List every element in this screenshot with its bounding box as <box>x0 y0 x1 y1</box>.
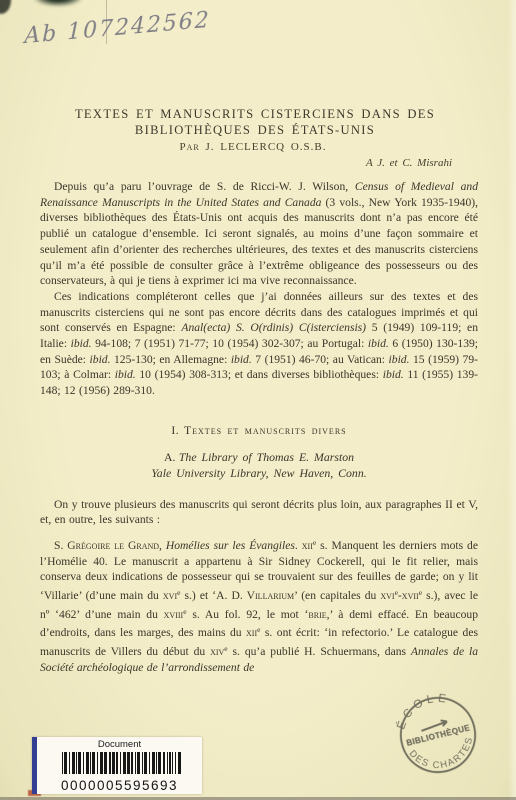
scan-top-smudge <box>34 0 82 6</box>
svg-text:ÉCOLE: ÉCOLE <box>389 689 457 734</box>
scan-corner-mark <box>0 0 11 14</box>
paragraph-marston-intro: On y trouve plusieurs des manuscrits qui… <box>40 497 478 528</box>
article-title-line1: TEXTES ET MANUSCRITS CISTERCIENS DANS DE… <box>0 106 510 122</box>
barcode-bars <box>50 752 194 774</box>
article-title-line2: BIBLIOTHÈQUES DES ÉTATS-UNIS <box>0 122 510 138</box>
barcode-sticker: Document 0000005595693 <box>32 737 202 794</box>
article-byline: Par J. LECLERCQ O.S.B. <box>0 141 506 153</box>
section-heading: I. Textes et manuscrits divers <box>40 423 478 439</box>
library-stamp: ÉCOLE DES CHARTES BIBLIOTHÈQUE BIBLIOTHÈ… <box>380 677 496 793</box>
stamp-arc-top-text: ÉCOLE <box>389 689 457 734</box>
handwritten-shelfmark: Ab 107242562 <box>24 8 211 49</box>
subsection-heading: A. The Library of Thomas E. Marston Yale… <box>40 449 478 481</box>
paragraph-gregoire-entry: S. Grégoire le Grand, Homélies sur les É… <box>40 535 478 676</box>
scanned-document-page: Ab 107242562 TEXTES ET MANUSCRITS CISTER… <box>0 0 516 800</box>
paragraph-previous-publications: Ces indications compléteront celles que … <box>40 289 478 399</box>
barcode-label: Document <box>37 739 202 750</box>
subsection-line1: The Library of Thomas E. Marston <box>179 450 354 464</box>
paragraph-intro-census: Depuis qu’a paru l’ouvrage de S. de Ricc… <box>40 179 478 289</box>
article-dedication: A J. et C. Misrahi <box>366 157 452 169</box>
section-title: Textes et manuscrits divers <box>184 423 347 437</box>
article-body: Depuis qu’a paru l’ouvrage de S. de Ricc… <box>40 179 478 676</box>
section-numeral: I. <box>171 423 179 437</box>
subsection-letter: A. <box>164 450 175 464</box>
stamp-middle-text: BIBLIOTHÈQUE <box>405 723 471 748</box>
barcode-number: 0000005595693 <box>37 778 202 793</box>
subsection-line2: Yale University Library, New Haven, Conn… <box>151 466 366 480</box>
article-title: TEXTES ET MANUSCRITS CISTERCIENS DANS DE… <box>0 106 510 138</box>
